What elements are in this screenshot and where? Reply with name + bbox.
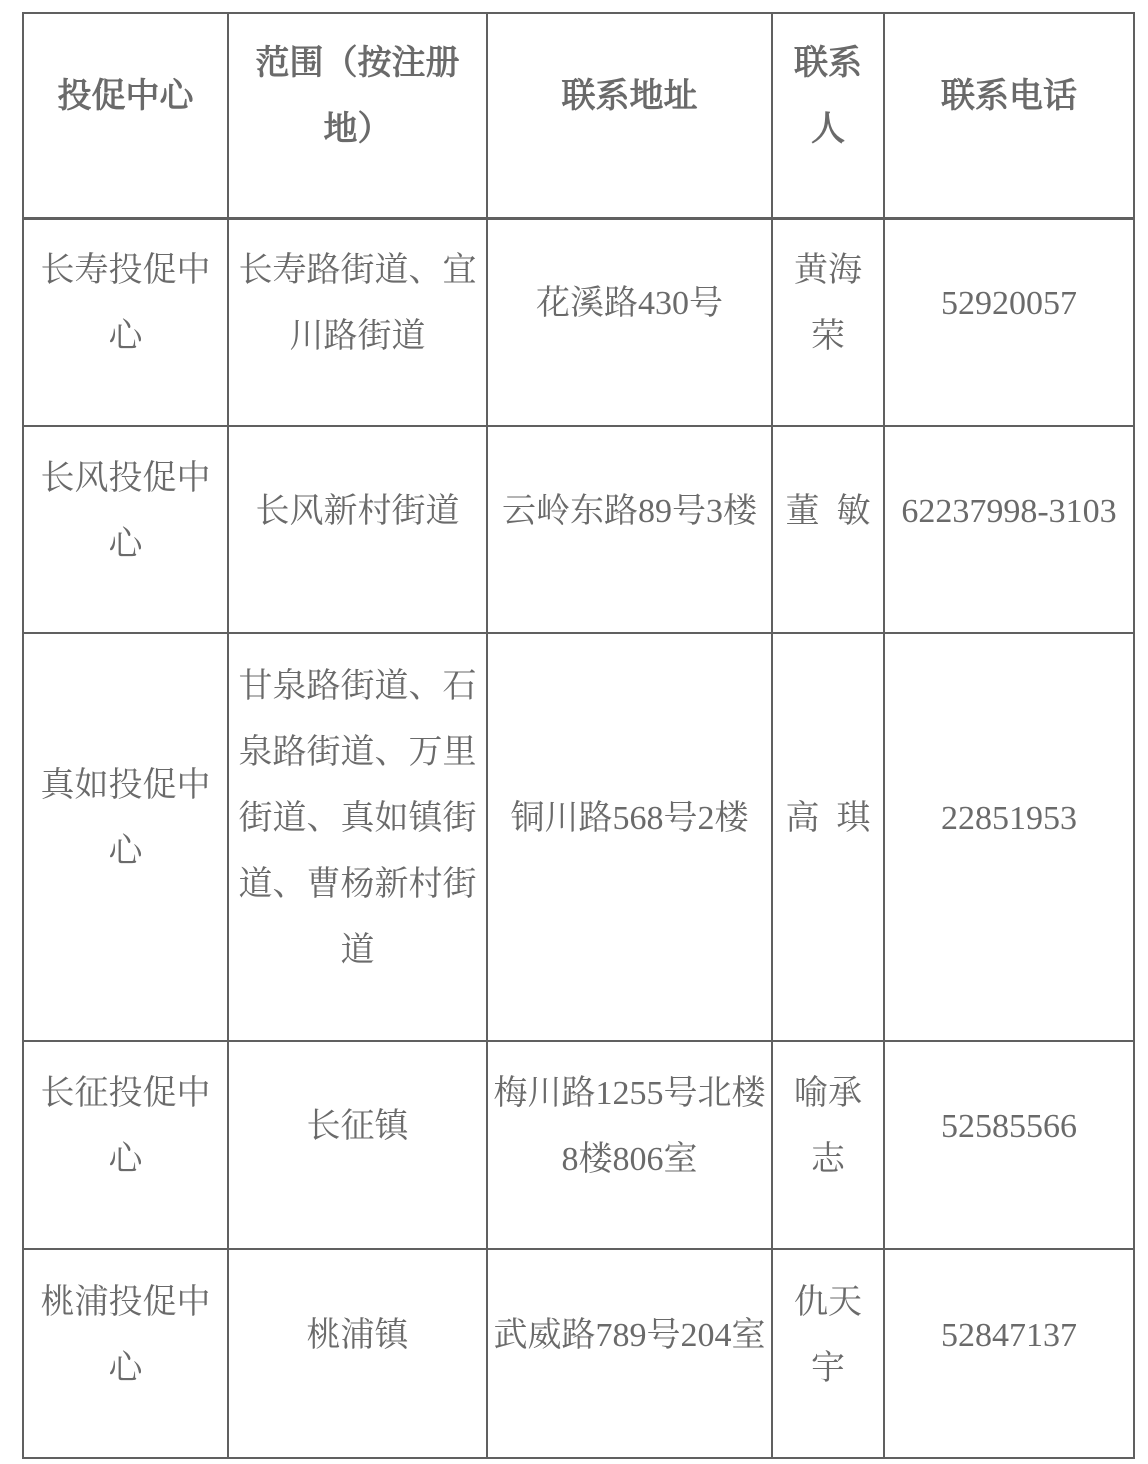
cell-center: 真如投促中心	[23, 633, 228, 1041]
column-header-center: 投促中心	[23, 13, 228, 218]
cell-contact: 喻承志	[772, 1041, 884, 1249]
cell-phone: 52920057	[884, 218, 1134, 426]
investment-centers-table: 投促中心 范围（按注册地） 联系地址 联系人 联系电话 长寿投促中心 长寿路街道…	[22, 12, 1135, 1459]
column-header-contact-label: 联系人	[779, 31, 877, 163]
phone-number: 52585566	[889, 1094, 1129, 1160]
contact-name: 董 敏	[779, 479, 877, 545]
cell-center: 长征投促中心	[23, 1041, 228, 1249]
address-text: 花溪路430号	[492, 271, 767, 337]
column-header-address-label: 联系地址	[492, 64, 767, 130]
cell-contact: 黄海荣	[772, 218, 884, 426]
cell-contact: 仇天宇	[772, 1249, 884, 1458]
cell-center: 长寿投促中心	[23, 218, 228, 426]
contact-name: 黄海荣	[779, 238, 877, 370]
contact-name: 仇天宇	[779, 1270, 877, 1402]
cell-phone: 62237998-3103	[884, 426, 1134, 633]
scope-text: 甘泉路街道、石泉路街道、万里街道、真如镇街道、曹杨新村街道	[233, 654, 482, 984]
cell-address: 花溪路430号	[487, 218, 772, 426]
cell-scope: 长风新村街道	[228, 426, 487, 633]
cell-scope: 甘泉路街道、石泉路街道、万里街道、真如镇街道、曹杨新村街道	[228, 633, 487, 1041]
address-text: 云岭东路89号3楼	[492, 479, 767, 545]
address-text: 梅川路1255号北楼8楼806室	[492, 1061, 767, 1193]
cell-center: 长风投促中心	[23, 426, 228, 633]
document-page: 投促中心 范围（按注册地） 联系地址 联系人 联系电话 长寿投促中心 长寿路街道…	[0, 0, 1148, 1464]
column-header-contact: 联系人	[772, 13, 884, 218]
cell-contact: 董 敏	[772, 426, 884, 633]
contact-name: 喻承志	[779, 1061, 877, 1193]
header-row: 投促中心 范围（按注册地） 联系地址 联系人 联系电话	[23, 13, 1134, 218]
center-name: 长风投促中心	[28, 446, 223, 578]
cell-address: 铜川路568号2楼	[487, 633, 772, 1041]
center-name: 真如投促中心	[28, 753, 223, 885]
column-header-phone: 联系电话	[884, 13, 1134, 218]
center-name: 长寿投促中心	[28, 238, 223, 370]
cell-center: 桃浦投促中心	[23, 1249, 228, 1458]
cell-phone: 52847137	[884, 1249, 1134, 1458]
address-text: 铜川路568号2楼	[492, 786, 767, 852]
table-row: 真如投促中心 甘泉路街道、石泉路街道、万里街道、真如镇街道、曹杨新村街道 铜川路…	[23, 633, 1134, 1041]
column-header-scope: 范围（按注册地）	[228, 13, 487, 218]
scope-text: 长征镇	[233, 1094, 482, 1160]
address-text: 武威路789号204室	[492, 1303, 767, 1369]
center-name: 长征投促中心	[28, 1061, 223, 1193]
phone-number: 52847137	[889, 1303, 1129, 1369]
column-header-phone-label: 联系电话	[889, 64, 1129, 130]
column-header-address: 联系地址	[487, 13, 772, 218]
scope-text: 长风新村街道	[233, 479, 482, 545]
phone-number: 52920057	[889, 271, 1129, 337]
center-name: 桃浦投促中心	[28, 1270, 223, 1402]
cell-scope: 长寿路街道、宜川路街道	[228, 218, 487, 426]
phone-number: 22851953	[889, 786, 1129, 852]
cell-address: 云岭东路89号3楼	[487, 426, 772, 633]
cell-phone: 22851953	[884, 633, 1134, 1041]
column-header-scope-label: 范围（按注册地）	[233, 31, 482, 163]
phone-number: 62237998-3103	[889, 479, 1129, 545]
scope-text: 桃浦镇	[233, 1303, 482, 1369]
cell-scope: 桃浦镇	[228, 1249, 487, 1458]
table-row: 长风投促中心 长风新村街道 云岭东路89号3楼 董 敏 62237998-310…	[23, 426, 1134, 633]
cell-scope: 长征镇	[228, 1041, 487, 1249]
cell-address: 武威路789号204室	[487, 1249, 772, 1458]
table-row: 长寿投促中心 长寿路街道、宜川路街道 花溪路430号 黄海荣 52920057	[23, 218, 1134, 426]
column-header-center-label: 投促中心	[28, 64, 223, 130]
cell-address: 梅川路1255号北楼8楼806室	[487, 1041, 772, 1249]
scope-text: 长寿路街道、宜川路街道	[233, 238, 482, 370]
table-row: 长征投促中心 长征镇 梅川路1255号北楼8楼806室 喻承志 52585566	[23, 1041, 1134, 1249]
cell-phone: 52585566	[884, 1041, 1134, 1249]
contact-name: 高 琪	[779, 786, 877, 852]
table-row: 桃浦投促中心 桃浦镇 武威路789号204室 仇天宇 52847137	[23, 1249, 1134, 1458]
cell-contact: 高 琪	[772, 633, 884, 1041]
